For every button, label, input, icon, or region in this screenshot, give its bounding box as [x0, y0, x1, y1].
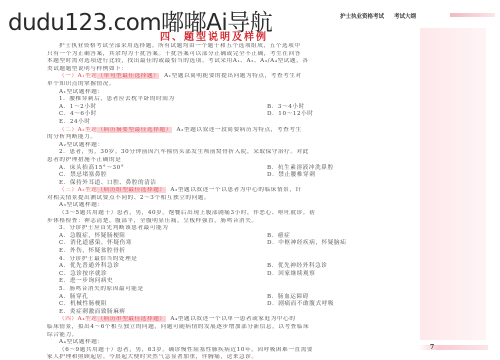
- case-text: （3～5题共用题干）患者，男，40岁。饱餐后出现上腹部剧痛3小时，伴恶心、呕吐就…: [47, 210, 412, 218]
- book-title: 护士执业资格考试: [340, 14, 384, 20]
- case-text: 步体格检查：神志清楚，腹部平，全腹明显压痛，呈板样强直，肠鸣音消失。: [47, 218, 412, 226]
- section-desc: 的分析判断能力。: [47, 134, 412, 142]
- option-row: E．保持外耳道、口腔、鼻腔的清洁: [47, 180, 412, 188]
- question: 2．患者，男，30岁。30分钟前因汽车撞伤头部发生颅前窝骨折入院，采取保守治疗。…: [47, 149, 412, 157]
- intro-line: 本题型时需对选项进行比较，找出最佳的或最恰当的选项。考试采用A₁、A₂、A₃/A…: [47, 58, 412, 66]
- option-row: A．优先普通外科急诊B．优先神经外科急诊: [47, 263, 412, 271]
- case-text: （6～9题共用题干）患者，男，63岁。确诊慢性阻塞性肺疾病近10年，因呼吸困难一…: [47, 347, 412, 355]
- intro-line: 护士执业资格考试全部采用选择题。所有试题均由一个题干和五个选项组成，五个选项中: [47, 43, 412, 51]
- section-a2-heading: （二）A₂型题（病历摘要型最佳选择题） A₂型题以叙述一段简要病历为特点，考查考…: [47, 127, 412, 135]
- option-row: C．消化道感染，怀疑伤寒D．中枢神经疾病，怀疑脑疝: [47, 240, 412, 248]
- option-row: C．4～6小时D．10～12小时: [47, 111, 412, 119]
- intro-line: 只有一个为正确答案，其余均为干扰答案。干扰答案可以部分正确或完全不正确，考生在回…: [47, 51, 412, 59]
- question: 3．分诊护士应首先判断该患者最可能为: [47, 225, 412, 233]
- section-desc: 单个知识点的掌握情况。: [47, 81, 412, 89]
- option-row: E．进一步询问病史: [47, 278, 412, 286]
- option-row: E．24小时: [47, 119, 412, 127]
- page-content: 护士执业资格考试全部采用选择题。所有试题均由一个题干和五个选项组成，五个选项中 …: [47, 43, 412, 360]
- side-decor-band: [420, 28, 486, 340]
- watermark: dudu123.com嘟嘟Ai导航: [8, 4, 272, 37]
- section-desc: 临床情景，拟出4～6个相互独立的问题，问题可随病情的发展逐步增加部分新信息，以考…: [47, 324, 412, 332]
- option-row: A．1～2小时B．3～4小时: [47, 104, 412, 112]
- option-row: A．床头抬高15°～30°B．抗生素溶液冲洗鼻腔: [47, 165, 412, 173]
- section-a3-heading: （三）A₃型题（病历组型最佳选择题） A₃型题以叙述一个以患者为中心的临床情景，…: [47, 187, 412, 195]
- sample-label: A₁型试题样题：: [47, 89, 412, 97]
- sample-label: A₂型试题样题：: [47, 142, 412, 150]
- section-desc: 对相关情景提出测试要点不同的、2～3个相互独立的问题。: [47, 195, 412, 203]
- option-row: E．外伤，怀疑盆腔骨折: [47, 248, 412, 256]
- question: 患者的护理措施不正确的是: [47, 157, 412, 165]
- intro-line: 类试题题型说明与样例如下：: [47, 66, 412, 74]
- section-a4-heading: （四）A₄型题（病历串型最佳选择题） A₄型题以叙述一个以单一患者或家庭为中心的: [47, 316, 412, 324]
- option-row: C．机械性肠梗阻D．剧痛而不敢腹式呼吸: [47, 301, 412, 309]
- section-desc: 综合能力。: [47, 332, 412, 340]
- header-decor-bar: [450, 13, 495, 17]
- option-row: C．禁忌堵塞鼻腔D．禁止腰椎穿刺: [47, 172, 412, 180]
- question: 5．肠鸣音消失的原因最可能是: [47, 286, 412, 294]
- section-title: 考试大纲: [394, 14, 416, 20]
- option-row: E．炎症刺激而致肠麻痹: [47, 309, 412, 317]
- case-text: 家人护理和照顾起居。今晨起大便时突然气急显著加重，伴胸痛，送来急诊。: [47, 354, 412, 360]
- page-number: 7: [418, 345, 488, 350]
- running-header: 护士执业资格考试 考试大纲: [340, 12, 424, 20]
- sample-label: A₃型试题样题：: [47, 202, 412, 210]
- question: 1．腰椎穿刺后，患者应去枕平卧的时间为: [47, 96, 412, 104]
- sample-label: A₄型试题样题：: [47, 339, 412, 347]
- section-a1-heading: （一）A₁型题（单句型最佳选择题） A₁型题以简明扼要的提出问题为特点，考查考生…: [47, 73, 412, 81]
